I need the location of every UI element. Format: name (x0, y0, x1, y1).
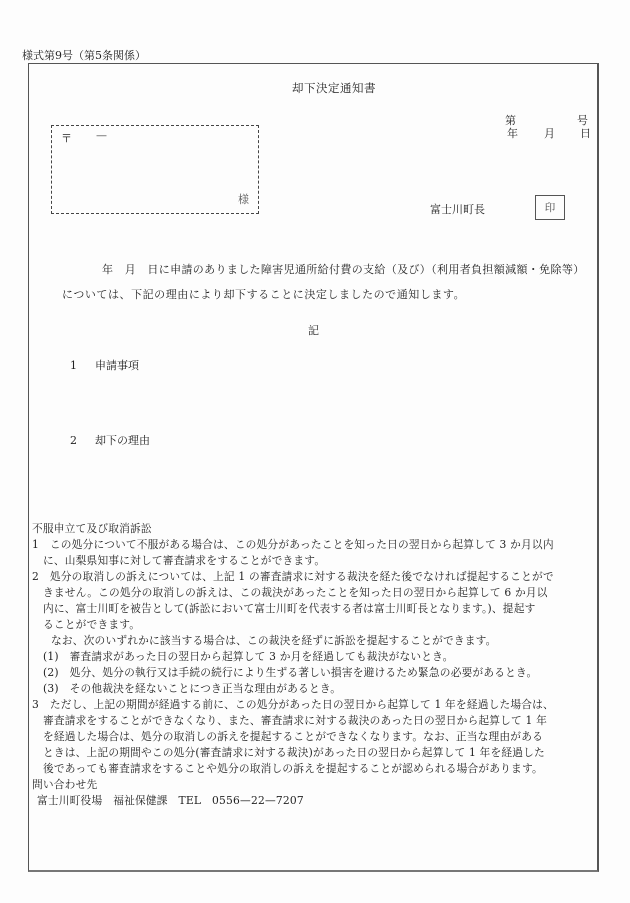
body-text-line-2: については、下記の理由により却下することに決定しましたので通知します。 (62, 286, 465, 302)
date-year: 年 (507, 125, 518, 141)
item-label: 却下の理由 (95, 434, 150, 447)
honorific-sama: 様 (238, 191, 249, 207)
issuer-name: 富士川町長 (430, 201, 485, 217)
appeal-notice: 不服申立て及び取消訴訟 1 この処分について不服がある場合は、この処分があったこ… (32, 521, 554, 809)
notice-line: ることができます。 (32, 617, 554, 633)
notice-line: きません。この処分の取消しの訴えは、この裁決があったことを知った日の翌日から起算… (32, 585, 554, 601)
notice-line: (2) 処分、処分の執行又は手続の続行により生ずる著しい損害を避けるため緊急の必… (32, 665, 554, 681)
document-title: 却下決定通知書 (292, 80, 376, 96)
notice-heading: 不服申立て及び取消訴訟 (32, 521, 554, 537)
address-box (51, 125, 259, 214)
item-number: 2 (70, 434, 95, 447)
notice-line: 内に、富士川町を被告として(訴訟において富士川町を代表する者は富士川町長となりま… (32, 601, 554, 617)
ki-heading: 記 (308, 322, 319, 338)
notice-line: に、山梨県知事に対して審査請求をすることができます。 (32, 553, 554, 569)
postal-mark-icon: 〒 (61, 130, 72, 146)
notice-line: 1 この処分について不服がある場合は、この処分があったことを知った日の翌日から起… (32, 537, 554, 553)
item-number: 1 (70, 359, 95, 372)
notice-line: 審査請求をすることができなくなり、また、審査請求に対する裁決のあった日の翌日から… (32, 713, 554, 729)
notice-line: なお、次のいずれかに該当する場合は、この裁決を経ずに訴訟を提起することができます… (32, 633, 554, 649)
contact-info: 富士川町役場 福祉保健課 TEL 0556—22—7207 (32, 793, 554, 809)
item-label: 申請事項 (95, 359, 139, 372)
body-text-line-1: 年 月 日に申請のありました障害児通所給付費の支給（及び）（利用者負担額減額・免… (102, 261, 585, 277)
seal-icon: 印 (545, 200, 556, 215)
notice-line: ときは、上記の期間やこの処分(審査請求に対する裁決)があった日の翌日から起算して… (32, 745, 554, 761)
notice-line: 2 処分の取消しの訴えについては、上記 1 の審査請求に対する裁決を経た後でなけ… (32, 569, 554, 585)
notice-line: 後であっても審査請求をすることや処分の取消しの訴えを提起することが認められる場合… (32, 761, 554, 777)
form-number-label: 様式第9号（第5条関係） (22, 47, 146, 63)
item-application-matter: 1申請事項 (70, 357, 139, 373)
notice-line: (1) 審査請求があった日の翌日から起算して 3 か月を経過しても裁決がないとき… (32, 649, 554, 665)
notice-line: (3) その他裁決を経ないことにつき正当な理由があるとき。 (32, 681, 554, 697)
notice-line: 3 ただし、上記の期間が経過する前に、この処分があった日の翌日から起算して 1 … (32, 697, 554, 713)
seal-stamp-box: 印 (535, 195, 565, 220)
contact-heading: 問い合わせ先 (32, 777, 554, 793)
postal-code-dash: — (96, 129, 107, 142)
date-day: 日 (580, 125, 591, 141)
notice-line: を経過した場合は、処分の取消しの訴えを提起することができなくなります。なお、正当… (32, 729, 554, 745)
item-rejection-reason: 2却下の理由 (70, 432, 150, 448)
date-month: 月 (544, 125, 555, 141)
